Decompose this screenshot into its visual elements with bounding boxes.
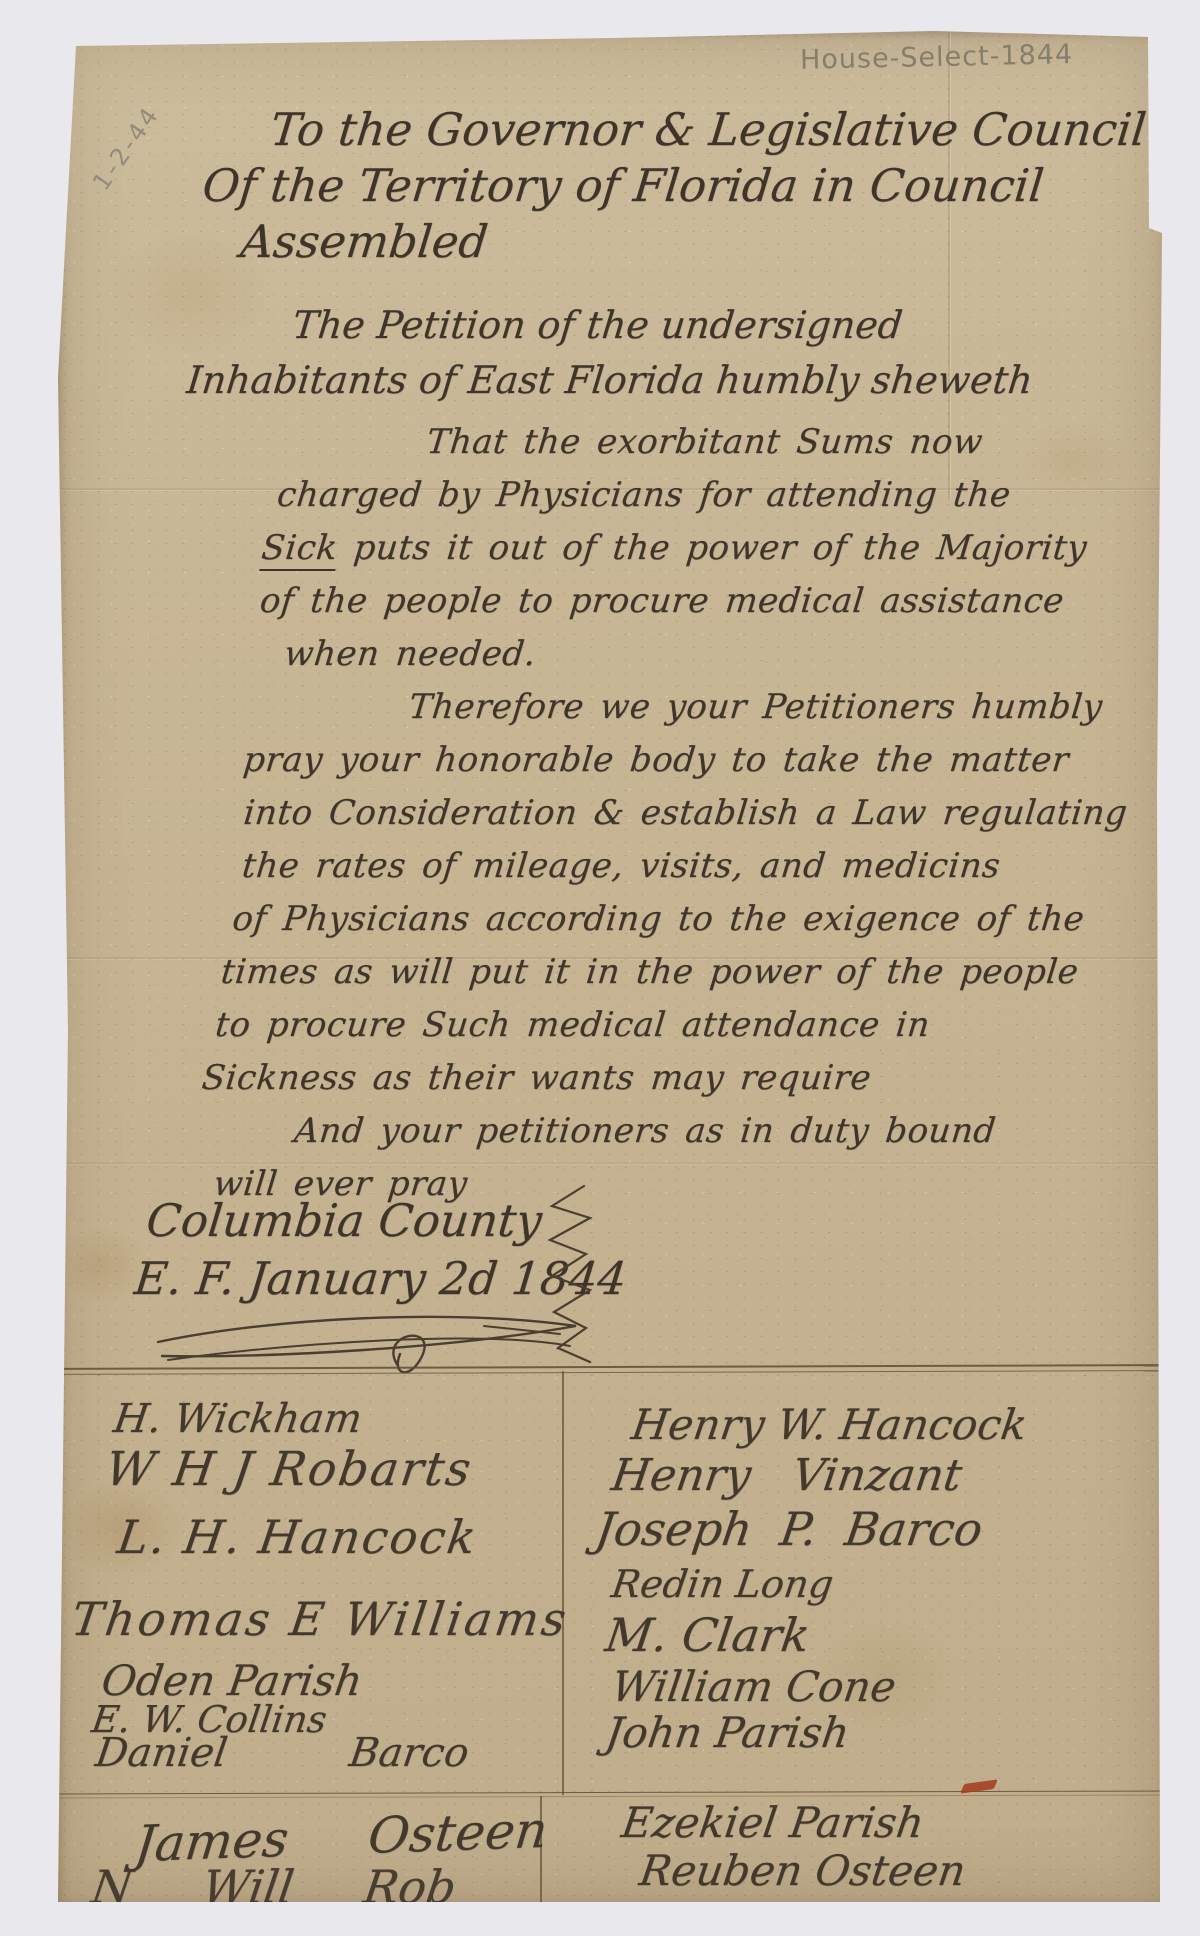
text-line: times as will put it in the power of the… [218,946,1113,999]
signature: William Cone [609,1662,900,1711]
address-block: To the Governor & Legislative Council Of… [56,102,1149,270]
text-line: charged by Physicians for attending the [274,469,1162,522]
signature: Joseph P. Barco [592,1502,986,1556]
text-line: Assembled [238,214,1137,270]
signature: M. Clark [602,1608,813,1662]
text-line: into Consideration & establish a Law reg… [241,787,1130,840]
signature: John Parish [603,1708,853,1757]
signature-partial: N Will Rob [88,1860,459,1902]
text-line: to procure Such medical attendance in [213,999,1108,1052]
underlined-word: Sick [259,528,339,571]
signature: W H J Robarts [102,1442,476,1497]
text-line: And your petitioners as in duty bound [292,1105,1097,1158]
text-line: Of the Territory of Florida in Council [200,158,1143,214]
signature: Henry Vinzant [608,1450,965,1501]
text-line: The Petition of the undersigned [290,298,1041,353]
scan-background: House-Select-1844 1-2-44 To the Governor… [0,0,1200,1936]
text-line: the rates of mileage, visits, and medici… [239,840,1124,893]
closing-place: Columbia County [144,1194,544,1247]
text-line: when needed. [282,628,1147,681]
signature: Daniel Barco [93,1730,472,1776]
text-line: Sick puts it out of the power of the Maj… [259,522,1158,575]
signature: Thomas E Williams [68,1592,572,1646]
signature-column-divider [562,1371,564,1795]
pencil-annotation-archival: House-Select-1844 [800,39,1074,76]
signature: L. H. Hancock [114,1510,481,1564]
petition-body-block: That the exorbitant Sums now charged by … [56,416,1162,1211]
signature: Reuben Osteen [637,1846,969,1895]
text-line: puts it out of the power of the Majority [352,528,1089,568]
text-line: Therefore we your Petitioners humbly [406,681,1141,734]
signature: Henry W. Hancock [629,1400,1031,1449]
document-page: House-Select-1844 1-2-44 To the Governor… [56,30,1162,1902]
text-line: Inhabitants of East Florida humbly shewe… [184,353,1035,408]
text-line: Sickness as their wants may require [199,1052,1102,1105]
signature: Redin Long [609,1562,836,1606]
signature-table-middle-rule [56,1791,1162,1799]
text-line: pray your honorable body to take the mat… [241,734,1136,787]
signature: H. Wickham [111,1396,365,1442]
text-line: That the exorbitant Sums now [424,416,1162,469]
text-line: of Physicians according to the exigence … [230,893,1119,946]
text-line: of the people to procure medical assista… [257,575,1152,628]
petition-opening-block: The Petition of the undersigned Inhabita… [56,298,1041,408]
text-line: To the Governor & Legislative Council [268,102,1149,158]
signature: Ezekiel Parish [619,1798,928,1847]
